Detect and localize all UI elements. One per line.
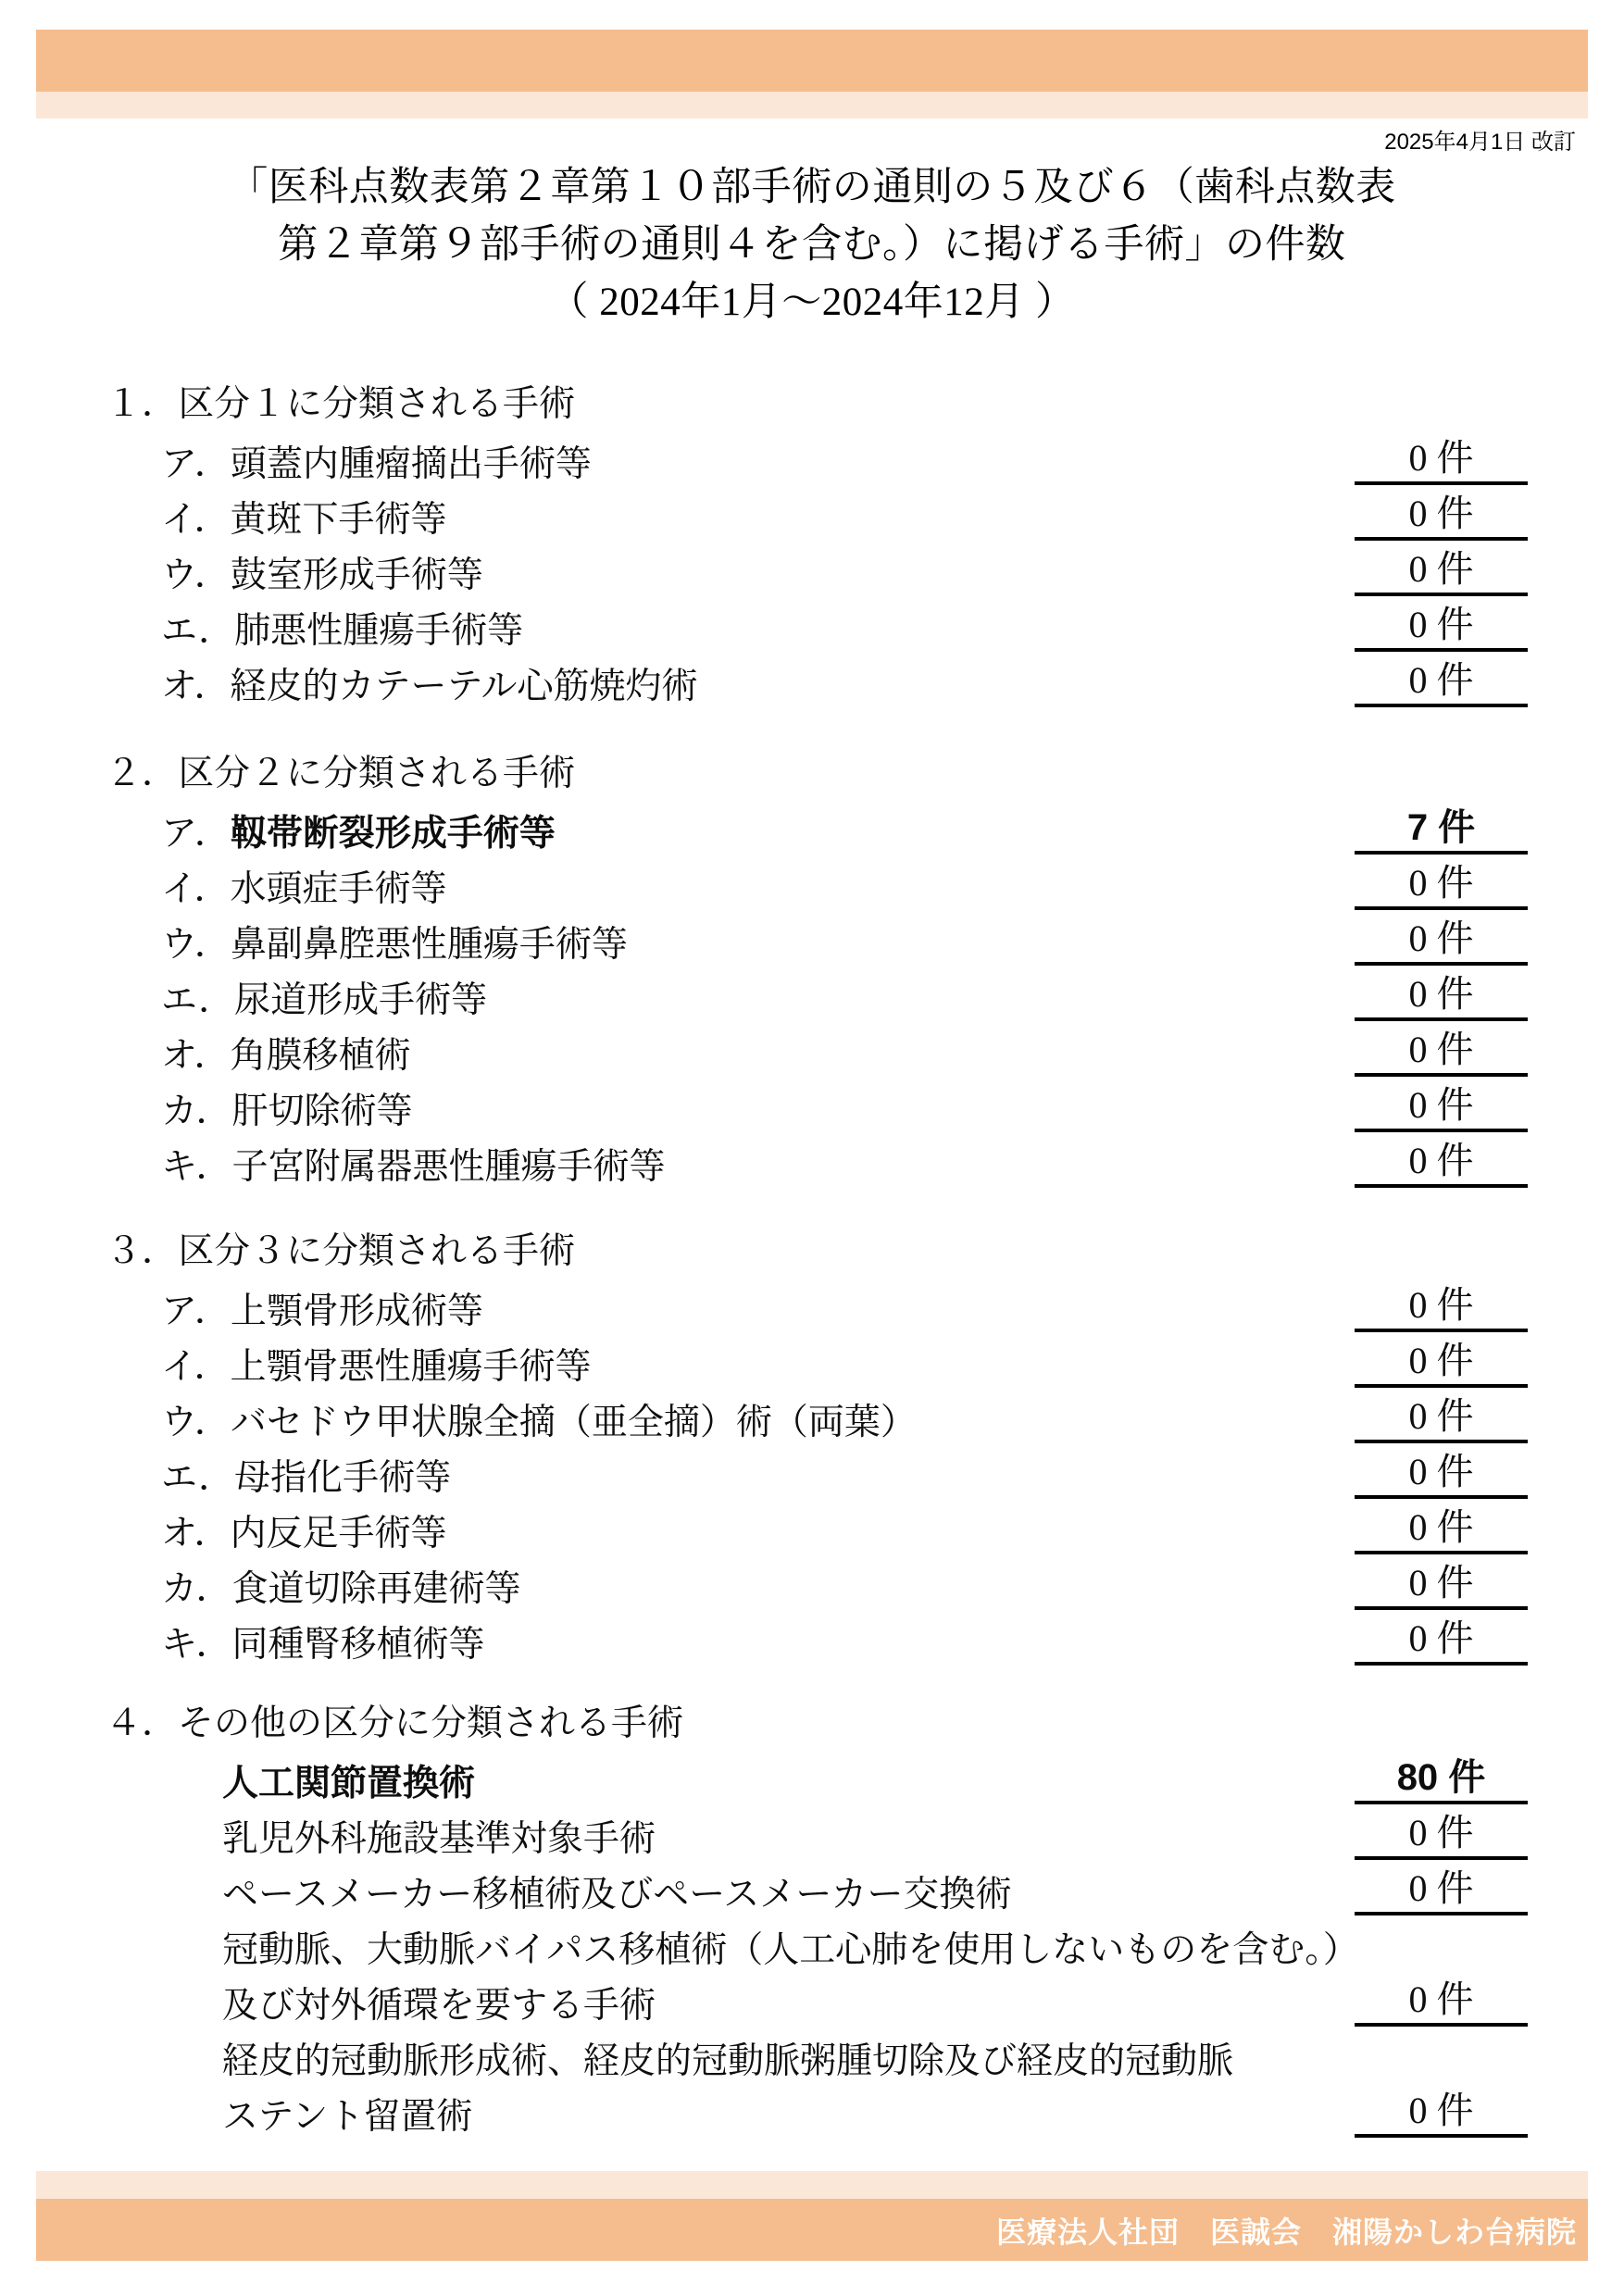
- surgery-text: イ．黄斑下手術等: [0, 491, 447, 543]
- item-label: オ．: [161, 667, 231, 706]
- count-value: 80 件: [1355, 1756, 1528, 1804]
- surgery-name: 同種腎移植術等: [231, 1625, 484, 1665]
- surgery-row: キ．同種腎移植術等0 件: [0, 1614, 1624, 1669]
- section-heading: ４．その他の区分に分類される手術: [0, 1695, 1624, 1753]
- surgery-text: 経皮的冠動脈形成術、経皮的冠動脈粥腫切除及び経皮的冠動脈: [0, 2032, 1233, 2084]
- surgery-row: 冠動脈、大動脈バイパス移植術（人工心肺を使用しないものを含む。）: [0, 1919, 1624, 1975]
- surgery-name: 人工関節置換術: [222, 1764, 475, 1803]
- count-value: 0 件: [1355, 659, 1528, 707]
- section-heading: １．区分１に分類される手術: [0, 376, 1624, 433]
- surgery-name: 経皮的冠動脈形成術、経皮的冠動脈粥腫切除及び経皮的冠動脈: [222, 2041, 1233, 2081]
- revision-date: 2025年4月1日 改訂: [1384, 123, 1576, 156]
- surgery-name: 及び対外循環を要する手術: [222, 1986, 656, 2026]
- count-value: 0 件: [1355, 1395, 1528, 1443]
- surgery-name: バセドウ甲状腺全摘（亜全摘）術（両葉）: [231, 1403, 917, 1442]
- section: ４．その他の区分に分類される手術人工関節置換術80 件乳児外科施設基準対象手術0…: [0, 1695, 1624, 2141]
- count-value: 0 件: [1355, 917, 1528, 966]
- footer-organization: 医療法人社団 医誠会 湘陽かしわ台病院: [996, 2209, 1577, 2252]
- surgery-name: 子宮附属器悪性腫瘍手術等: [231, 1147, 665, 1187]
- count-value: 0 件: [1355, 1140, 1528, 1188]
- surgery-name: 頭蓋内腫瘤摘出手術等: [231, 444, 592, 484]
- item-label: カ．: [161, 1092, 231, 1131]
- item-label: イ．: [161, 1347, 231, 1387]
- surgery-text: ア．頭蓋内腫瘤摘出手術等: [0, 435, 592, 487]
- surgery-name: 水頭症手術等: [231, 869, 447, 909]
- section: ３．区分３に分類される手術ア．上顎骨形成術等0 件イ．上顎骨悪性腫瘍手術等0 件…: [0, 1223, 1624, 1669]
- count-value: 0 件: [1355, 1084, 1528, 1132]
- item-label: オ．: [161, 1036, 231, 1076]
- surgery-text: 人工関節置換術: [0, 1754, 475, 1806]
- surgery-row: オ．角膜移植術0 件: [0, 1025, 1624, 1080]
- count-value: 0 件: [1355, 1284, 1528, 1332]
- surgery-text: ペースメーカー移植術及びペースメーカー交換術: [0, 1865, 1012, 1917]
- surgery-text: カ．肝切除術等: [0, 1082, 412, 1134]
- surgery-row: ア．靱帯断裂形成手術等7 件: [0, 803, 1624, 858]
- surgery-name: 肺悪性腫瘍手術等: [234, 611, 523, 651]
- surgery-name: 内反足手術等: [231, 1514, 447, 1554]
- count-value: 0 件: [1355, 437, 1528, 485]
- surgery-text: オ．経皮的カテーテル心筋焼灼術: [0, 657, 698, 709]
- surgery-text: ウ．鼻副鼻腔悪性腫瘍手術等: [0, 916, 628, 967]
- surgery-row: ア．頭蓋内腫瘤摘出手術等0 件: [0, 433, 1624, 489]
- item-label: ア．: [161, 1291, 231, 1331]
- count-value: 0 件: [1355, 1812, 1528, 1860]
- surgery-text: エ．母指化手術等: [0, 1449, 451, 1501]
- surgery-row: イ．上顎骨悪性腫瘍手術等0 件: [0, 1336, 1624, 1391]
- surgery-row: エ．肺悪性腫瘍手術等0 件: [0, 600, 1624, 655]
- count-value: 0 件: [1355, 1506, 1528, 1554]
- count-value: 0 件: [1355, 1978, 1528, 2027]
- surgery-row: 乳児外科施設基準対象手術0 件: [0, 1808, 1624, 1864]
- surgery-text: ア．上顎骨形成術等: [0, 1282, 483, 1334]
- surgery-text: キ．子宮附属器悪性腫瘍手術等: [0, 1138, 665, 1190]
- item-label: キ．: [161, 1147, 231, 1187]
- surgery-text: ウ．鼓室形成手術等: [0, 546, 483, 598]
- surgery-text: エ．肺悪性腫瘍手術等: [0, 602, 523, 654]
- surgery-name: 靱帯断裂形成手術等: [231, 814, 556, 854]
- surgery-name: 角膜移植術: [231, 1036, 411, 1076]
- surgery-text: イ．水頭症手術等: [0, 860, 447, 912]
- surgery-row: ウ．バセドウ甲状腺全摘（亜全摘）術（両葉）0 件: [0, 1391, 1624, 1447]
- count-value: 0 件: [1355, 1451, 1528, 1499]
- header-band-light: [36, 92, 1588, 119]
- document-page: 2025年4月1日 改訂 「医科点数表第２章第１０部手術の通則の５及び６（歯科点…: [0, 0, 1624, 2296]
- surgery-row: 経皮的冠動脈形成術、経皮的冠動脈粥腫切除及び経皮的冠動脈: [0, 2030, 1624, 2086]
- surgery-row: ウ．鼓室形成手術等0 件: [0, 544, 1624, 600]
- surgery-row: カ．食道切除再建術等0 件: [0, 1558, 1624, 1614]
- surgery-row: エ．尿道形成手術等0 件: [0, 969, 1624, 1025]
- surgery-text: 冠動脈、大動脈バイパス移植術（人工心肺を使用しないものを含む。）: [0, 1921, 1359, 1973]
- surgery-row: キ．子宮附属器悪性腫瘍手術等0 件: [0, 1136, 1624, 1192]
- item-label: オ．: [161, 1514, 231, 1554]
- surgery-text: カ．食道切除再建術等: [0, 1560, 520, 1612]
- surgery-row: ア．上顎骨形成術等0 件: [0, 1280, 1624, 1336]
- item-label: イ．: [161, 869, 231, 909]
- title-line-2: 第２章第９部手術の通則４を含む。）に掲げる手術」の件数: [0, 217, 1624, 274]
- footer-band-dark: 医療法人社団 医誠会 湘陽かしわ台病院: [36, 2199, 1588, 2261]
- section: １．区分１に分類される手術ア．頭蓋内腫瘤摘出手術等0 件イ．黄斑下手術等0 件ウ…: [0, 376, 1624, 711]
- footer-band-light: [36, 2171, 1588, 2199]
- surgery-row: オ．経皮的カテーテル心筋焼灼術0 件: [0, 655, 1624, 711]
- item-label: エ．: [161, 611, 234, 651]
- item-label: ア．: [161, 444, 231, 484]
- surgery-name: 経皮的カテーテル心筋焼灼術: [231, 667, 698, 706]
- surgery-name: ペースメーカー移植術及びペースメーカー交換術: [222, 1875, 1012, 1915]
- surgery-row: 及び対外循環を要する手術0 件: [0, 1975, 1624, 2030]
- count-value: 0 件: [1355, 2090, 1528, 2138]
- surgery-row: オ．内反足手術等0 件: [0, 1503, 1624, 1558]
- document-title: 「医科点数表第２章第１０部手術の通則の５及び６（歯科点数表 第２章第９部手術の通…: [0, 159, 1624, 331]
- surgery-text: キ．同種腎移植術等: [0, 1616, 484, 1667]
- title-line-1: 「医科点数表第２章第１０部手術の通則の５及び６（歯科点数表: [0, 159, 1624, 217]
- count-value: 0 件: [1355, 1562, 1528, 1610]
- surgery-row: ウ．鼻副鼻腔悪性腫瘍手術等0 件: [0, 914, 1624, 969]
- surgery-name: 肝切除術等: [231, 1092, 412, 1131]
- surgery-text: ウ．バセドウ甲状腺全摘（亜全摘）術（両葉）: [0, 1393, 917, 1445]
- surgery-text: ステント留置術: [0, 2088, 472, 2140]
- section-heading: ３．区分３に分類される手術: [0, 1223, 1624, 1280]
- item-label: ウ．: [161, 555, 231, 595]
- item-label: キ．: [161, 1625, 231, 1665]
- surgery-text: オ．角膜移植術: [0, 1027, 411, 1079]
- surgery-text: イ．上顎骨悪性腫瘍手術等: [0, 1338, 592, 1390]
- section: ２．区分２に分類される手術ア．靱帯断裂形成手術等7 件イ．水頭症手術等0 件ウ．…: [0, 745, 1624, 1192]
- surgery-name: 黄斑下手術等: [231, 500, 447, 540]
- surgery-text: 及び対外循環を要する手術: [0, 1977, 656, 2028]
- count-value: 0 件: [1355, 1029, 1528, 1077]
- surgery-name: 母指化手術等: [234, 1458, 451, 1498]
- sections-container: １．区分１に分類される手術ア．頭蓋内腫瘤摘出手術等0 件イ．黄斑下手術等0 件ウ…: [0, 376, 1624, 2141]
- count-value: 0 件: [1355, 1867, 1528, 1915]
- surgery-text: 乳児外科施設基準対象手術: [0, 1810, 656, 1862]
- header-band-dark: [36, 30, 1588, 92]
- count-value: 7 件: [1355, 806, 1528, 855]
- item-label: ウ．: [161, 1403, 231, 1442]
- item-label: ウ．: [161, 925, 231, 965]
- count-value: 0 件: [1355, 862, 1528, 910]
- surgery-name: 鼓室形成手術等: [231, 555, 483, 595]
- count-value: 0 件: [1355, 548, 1528, 596]
- surgery-row: ステント留置術0 件: [0, 2086, 1624, 2141]
- item-label: カ．: [161, 1569, 231, 1609]
- surgery-name: 上顎骨形成術等: [231, 1291, 483, 1331]
- surgery-name: 上顎骨悪性腫瘍手術等: [231, 1347, 592, 1387]
- surgery-row: イ．水頭症手術等0 件: [0, 858, 1624, 914]
- surgery-name: 鼻副鼻腔悪性腫瘍手術等: [231, 925, 628, 965]
- count-value: 0 件: [1355, 604, 1528, 652]
- item-label: エ．: [161, 980, 234, 1020]
- surgery-text: エ．尿道形成手術等: [0, 971, 487, 1023]
- item-label: イ．: [161, 500, 231, 540]
- count-value: 0 件: [1355, 1340, 1528, 1388]
- surgery-name: 冠動脈、大動脈バイパス移植術（人工心肺を使用しないものを含む。）: [222, 1930, 1359, 1970]
- surgery-text: ア．靱帯断裂形成手術等: [0, 805, 556, 856]
- surgery-row: エ．母指化手術等0 件: [0, 1447, 1624, 1503]
- item-label: エ．: [161, 1458, 234, 1498]
- title-line-3: （ 2024年1月～2024年12月 ）: [0, 274, 1624, 331]
- surgery-row: カ．肝切除術等0 件: [0, 1080, 1624, 1136]
- surgery-text: オ．内反足手術等: [0, 1504, 447, 1556]
- surgery-row: イ．黄斑下手術等0 件: [0, 489, 1624, 544]
- item-label: ア．: [161, 814, 231, 854]
- surgery-name: 乳児外科施設基準対象手術: [222, 1819, 656, 1859]
- count-value: 0 件: [1355, 493, 1528, 541]
- count-value: 0 件: [1355, 973, 1528, 1021]
- surgery-row: ペースメーカー移植術及びペースメーカー交換術0 件: [0, 1864, 1624, 1919]
- surgery-name: 食道切除再建術等: [231, 1569, 520, 1609]
- surgery-row: 人工関節置換術80 件: [0, 1753, 1624, 1808]
- count-value: 0 件: [1355, 1617, 1528, 1666]
- section-heading: ２．区分２に分類される手術: [0, 745, 1624, 803]
- surgery-name: ステント留置術: [222, 2097, 472, 2137]
- surgery-name: 尿道形成手術等: [234, 980, 487, 1020]
